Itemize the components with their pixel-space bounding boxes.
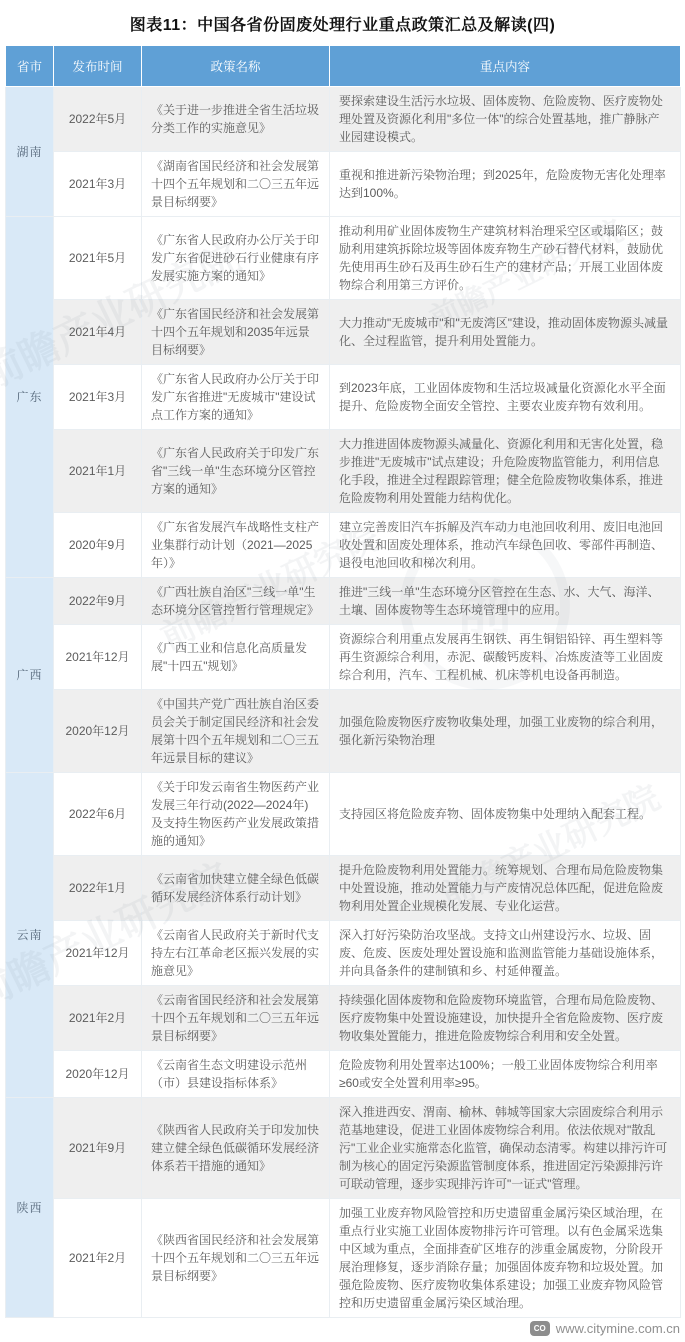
date-cell: 2021年4月 [54,300,142,365]
policy-name-cell: 《陕西省人民政府关于印发加快建立健全绿色低碳循环发展经济体系若干措施的通知》 [142,1098,330,1199]
table-row: 云南2022年6月《关于印发云南省生物医药产业发展三年行动(2022—2024年… [6,773,681,856]
date-cell: 2022年9月 [54,578,142,625]
content-cell: 大力推动"无废城市"和"无废湾区"建设，推动固体废物源头减量化、全过程监管，提升… [330,300,681,365]
date-cell: 2022年5月 [54,87,142,152]
table-row: 2020年12月《云南省生态文明建设示范州（市）县建设指标体系》危险废物利用处置… [6,1051,681,1098]
province-cell: 云南 [6,773,54,1098]
table-row: 2020年12月《中国共产党广西壮族自治区委员会关于制定国民经济和社会发展第十四… [6,690,681,773]
content-cell: 加强工业废弃物风险管控和历史遗留重金属污染区域治理，在重点行业实施工业固体废物排… [330,1199,681,1318]
province-cell: 湖南 [6,87,54,217]
content-cell: 推动利用矿业固体废物生产建筑材料治理采空区或塌陷区；鼓励利用建筑拆除垃圾等固体废… [330,217,681,300]
date-cell: 2021年2月 [54,986,142,1051]
date-cell: 2021年3月 [54,365,142,430]
content-cell: 加强危险废物医疗废物收集处理，加强工业废物的综合利用，强化新污染物治理 [330,690,681,773]
table-row: 陕西2021年9月《陕西省人民政府关于印发加快建立健全绿色低碳循环发展经济体系若… [6,1098,681,1199]
table-row: 2021年2月《陕西省国民经济和社会发展第十四个五年规划和二〇三五年远景目标纲要… [6,1199,681,1318]
footer: CO www.citymine.com.cn [5,1321,680,1336]
policy-name-cell: 《广西工业和信息化高质量发展"十四五"规划》 [142,625,330,690]
table-row: 2021年12月《广西工业和信息化高质量发展"十四五"规划》资源综合利用重点发展… [6,625,681,690]
date-cell: 2021年12月 [54,625,142,690]
table-row: 广西2022年9月《广西壮族自治区"三线一单"生态环境分区管控暂行管理规定》推进… [6,578,681,625]
table-row: 2021年2月《云南省国民经济和社会发展第十四个五年规划和二〇三五年远景目标纲要… [6,986,681,1051]
policy-name-cell: 《广东省人民政府关于印发广东省"三线一单"生态环境分区管控方案的通知》 [142,430,330,513]
policy-name-cell: 《云南省加快建立健全绿色低碳循环发展经济体系行动计划》 [142,856,330,921]
content-cell: 深入打好污染防治攻坚战。支持文山州建设污水、垃圾、固废、危废、医废处理处置设施和… [330,921,681,986]
header-cell-content: 重点内容 [330,46,681,87]
header-cell-date: 发布时间 [54,46,142,87]
content-cell: 要探索建设生活污水垃圾、固体废物、危险废物、医疗废物处理处置及资源化利用"多位一… [330,87,681,152]
content-cell: 资源综合利用重点发展再生钢铁、再生铜铝铅锌、再生塑料等再生资源综合利用，赤泥、碳… [330,625,681,690]
policy-table-body: 湖南2022年5月《关于进一步推进全省生活垃圾分类工作的实施意见》要探索建设生活… [6,87,681,1318]
province-cell: 广西 [6,578,54,773]
policy-name-cell: 《湖南省国民经济和社会发展第十四个五年规划和二〇三五年远景目标纲要》 [142,152,330,217]
content-cell: 持续强化固体废物和危险废物环境监管，合理布局危险废物、医疗废物集中处置设施建设，… [330,986,681,1051]
content-cell: 到2023年底，工业固体废物和生活垃圾减量化资源化水平全面提升、危险废物全面安全… [330,365,681,430]
date-cell: 2022年1月 [54,856,142,921]
footer-url-link[interactable]: www.citymine.com.cn [556,1321,680,1336]
table-row: 广东2021年5月《广东省人民政府办公厅关于印发广东省促进砂石行业健康有序发展实… [6,217,681,300]
content-cell: 危险废物利用处置率达100%；一般工业固体废物综合利用率≥60或安全处置利用率≥… [330,1051,681,1098]
table-row: 2021年4月《广东省国民经济和社会发展第十四个五年规划和2035年远景目标纲要… [6,300,681,365]
policy-name-cell: 《广东省国民经济和社会发展第十四个五年规划和2035年远景目标纲要》 [142,300,330,365]
content-cell: 建立完善废旧汽车拆解及汽车动力电池回收利用、废旧电池回收处置和固废处理体系，推动… [330,513,681,578]
policy-name-cell: 《关于进一步推进全省生活垃圾分类工作的实施意见》 [142,87,330,152]
date-cell: 2020年9月 [54,513,142,578]
date-cell: 2021年1月 [54,430,142,513]
date-cell: 2021年5月 [54,217,142,300]
citymine-logo-icon: CO [530,1321,550,1336]
table-row: 湖南2022年5月《关于进一步推进全省生活垃圾分类工作的实施意见》要探索建设生活… [6,87,681,152]
policy-name-cell: 《云南省人民政府关于新时代支持左右江革命老区振兴发展的实施意见》 [142,921,330,986]
content-cell: 重视和推进新污染物治理；到2025年，危险废物无害化处理率达到100%。 [330,152,681,217]
table-row: 2021年3月《广东省人民政府办公厅关于印发广东省推进"无废城市"建设试点工作方… [6,365,681,430]
policy-name-cell: 《陕西省国民经济和社会发展第十四个五年规划和二〇三五年远景目标纲要》 [142,1199,330,1318]
date-cell: 2020年12月 [54,690,142,773]
policy-name-cell: 《广西壮族自治区"三线一单"生态环境分区管控暂行管理规定》 [142,578,330,625]
policy-name-cell: 《关于印发云南省生物医药产业发展三年行动(2022—2024年)及支持生物医药产… [142,773,330,856]
table-header-row: 省市 发布时间 政策名称 重点内容 [6,46,681,87]
content-cell: 支持园区将危险废弃物、固体废物集中处理纳入配套工程。 [330,773,681,856]
policy-name-cell: 《中国共产党广西壮族自治区委员会关于制定国民经济和社会发展第十四个五年规划和二〇… [142,690,330,773]
table-row: 2021年1月《广东省人民政府关于印发广东省"三线一单"生态环境分区管控方案的通… [6,430,681,513]
province-cell: 陕西 [6,1098,54,1318]
header-cell-province: 省市 [6,46,54,87]
figure-title: 图表11：中国各省份固废处理行业重点政策汇总及解读(四) [0,0,685,45]
date-cell: 2021年2月 [54,1199,142,1318]
date-cell: 2022年6月 [54,773,142,856]
policy-name-cell: 《云南省生态文明建设示范州（市）县建设指标体系》 [142,1051,330,1098]
date-cell: 2021年3月 [54,152,142,217]
date-cell: 2021年9月 [54,1098,142,1199]
table-row: 2020年9月《广东省发展汽车战略性支柱产业集群行动计划（2021—2025年）… [6,513,681,578]
table-row: 2021年3月《湖南省国民经济和社会发展第十四个五年规划和二〇三五年远景目标纲要… [6,152,681,217]
content-cell: 深入推进西安、渭南、榆林、韩城等国家大宗固废综合利用示范基地建设，促进工业固体废… [330,1098,681,1199]
table-row: 2022年1月《云南省加快建立健全绿色低碳循环发展经济体系行动计划》提升危险废物… [6,856,681,921]
policy-name-cell: 《广东省人民政府办公厅关于印发广东省推进"无废城市"建设试点工作方案的通知》 [142,365,330,430]
policy-table: 省市 发布时间 政策名称 重点内容 湖南2022年5月《关于进一步推进全省生活垃… [5,45,681,1318]
province-cell: 广东 [6,217,54,578]
header-cell-policy: 政策名称 [142,46,330,87]
policy-name-cell: 《广东省发展汽车战略性支柱产业集群行动计划（2021—2025年）》 [142,513,330,578]
date-cell: 2021年12月 [54,921,142,986]
date-cell: 2020年12月 [54,1051,142,1098]
policy-name-cell: 《广东省人民政府办公厅关于印发广东省促进砂石行业健康有序发展实施方案的通知》 [142,217,330,300]
content-cell: 大力推进固体废物源头减量化、资源化利用和无害化处置，稳步推进"无废城市"试点建设… [330,430,681,513]
content-cell: 提升危险废物利用处置能力。统筹规划、合理布局危险废物集中处置设施，推动处置能力与… [330,856,681,921]
policy-name-cell: 《云南省国民经济和社会发展第十四个五年规划和二〇三五年远景目标纲要》 [142,986,330,1051]
table-row: 2021年12月《云南省人民政府关于新时代支持左右江革命老区振兴发展的实施意见》… [6,921,681,986]
figure-page: 图表11：中国各省份固废处理行业重点政策汇总及解读(四) 省市 发布时间 政策名… [0,0,685,1336]
content-cell: 推进"三线一单"生态环境分区管控在生态、水、大气、海洋、土壤、固体废物等生态环境… [330,578,681,625]
